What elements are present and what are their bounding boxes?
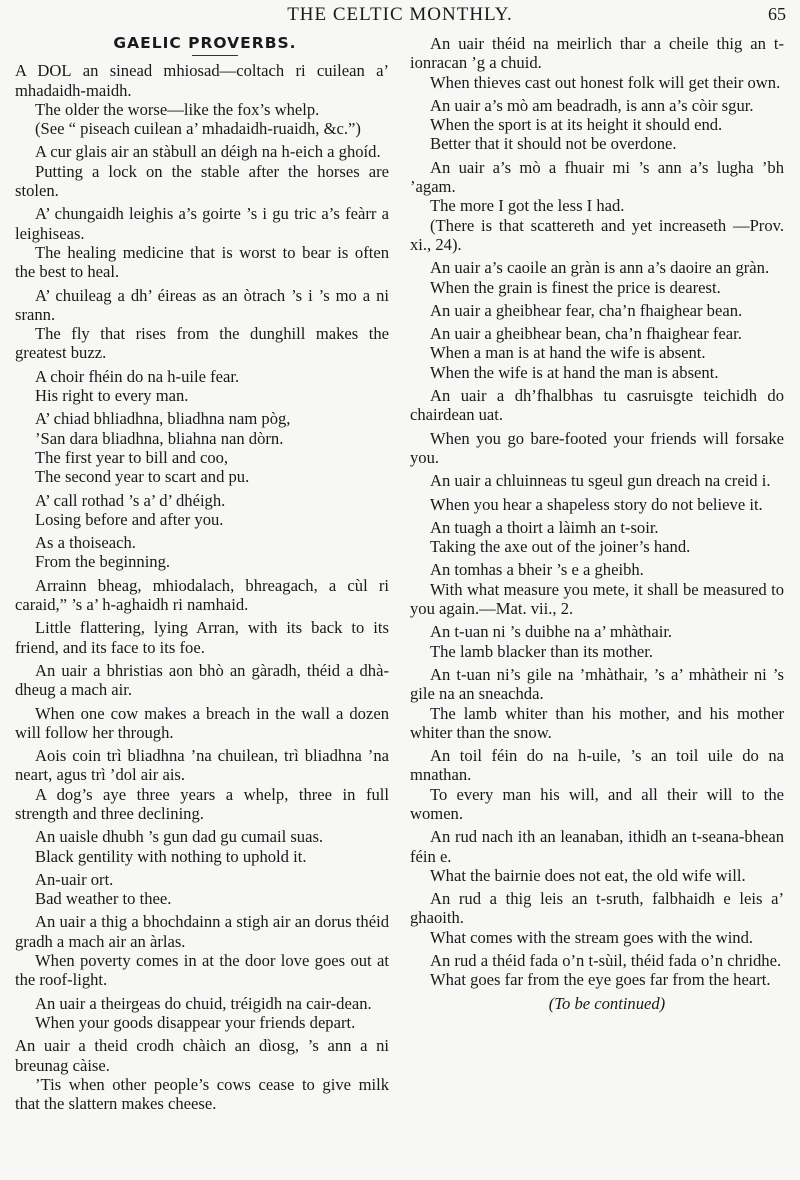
proverb-text: An uair a’s mò a fhuair mi ’s ann a’s lu… [410,158,784,197]
proverb-entry: A’ chungaidh leighis a’s goirte ’s i gu … [15,204,389,281]
line-text: An uair a theirgeas do chuid, tréigidh n… [35,994,372,1013]
proverb-text: An-uair ort. [15,870,389,889]
line-text: (There is that scattereth and yet increa… [410,216,784,254]
proverb-line: (There is that scattereth and yet increa… [410,216,784,255]
line-text: When a man is at hand the wife is absent… [430,343,706,362]
proverb-line: ’Tis when other people’s cows cease to g… [15,1075,389,1114]
proverb-text: A choir fhéin do na h-uile fear. [15,367,389,386]
line-text: When the wife is at hand the man is abse… [430,363,718,382]
line-text: What comes with the stream goes with the… [430,928,753,947]
proverb-entry: An uair a gheibhear bean, cha’n fhaighea… [410,324,784,382]
proverb-entry: A’ chuileag a dh’ éireas as an òtrach ’s… [15,286,389,363]
proverb-line: When the sport is at its height it shoul… [410,115,784,134]
line-text: The healing medicine that is worst to be… [15,243,389,281]
proverb-entry: An uair a theid crodh chàich an dìosg, ’… [15,1036,389,1113]
proverb-text: When you go bare-footed your friends wil… [410,429,784,468]
proverb-entry: An uair a chluinneas tu sgeul gun dreach… [410,471,784,490]
line-text: From the beginning. [35,552,170,571]
proverb-text: A’ chungaidh leighis a’s goirte ’s i gu … [15,204,389,243]
line-text: An toil féin do na h-uile, ’s an toil ui… [410,746,784,784]
proverb-text: An tomhas a bheir ’s e a gheibh. [410,560,784,579]
proverb-line: The older the worse—like the fox’s whelp… [15,100,389,119]
line-text: An rud a théid fada o’n t-sùil, théid fa… [430,951,781,970]
proverb-text: When you hear a shapeless story do not b… [410,495,784,514]
proverb-line: His right to every man. [15,386,389,405]
proverb-line: ’San dara bliadhna, bliahna nan dòrn. [15,429,389,448]
line-text: A’ chiad bhliadhna, bliadhna nam pòg, [35,409,290,428]
page-number: 65 [768,4,786,25]
line-text: The more I got the less I had. [430,196,624,215]
proverb-text: As a thoiseach. [15,533,389,552]
line-text: What the bairnie does not eat, the old w… [430,866,746,885]
to-be-continued-note: (To be continued) [410,994,784,1013]
line-text: ’San dara bliadhna, bliahna nan dòrn. [35,429,283,448]
proverb-entry: Aois coin trì bliadhna ’na chuilean, trì… [15,746,389,823]
proverb-text: An uair a thig a bhochdainn a stigh air … [15,912,389,951]
proverb-entry: Little flattering, lying Arran, with its… [15,618,389,657]
proverb-entry: An uair a dh’fhalbhas tu casruisgte teic… [410,386,784,425]
line-text: Bad weather to thee. [35,889,171,908]
line-text: A cur glais air an stàbull an déigh na h… [35,142,381,161]
proverb-line: When your goods disappear your friends d… [15,1013,389,1032]
proverb-line: Putting a lock on the stable after the h… [15,162,389,201]
proverb-entry: As a thoiseach.From the beginning. [15,533,389,572]
proverb-entry: When you go bare-footed your friends wil… [410,429,784,468]
proverb-text: Arrainn bheag, mhiodalach, bhreagach, a … [15,576,389,615]
line-text: An uair a dh’fhalbhas tu casruisgte teic… [410,386,784,424]
proverb-entry: A’ chiad bhliadhna, bliadhna nam pòg,’Sa… [15,409,389,486]
drop-lead: A DOL [15,61,71,80]
proverb-line: When poverty comes in at the door love g… [15,951,389,990]
line-text: Black gentility with nothing to uphold i… [35,847,306,866]
proverb-line: The lamb whiter than his mother, and his… [410,704,784,743]
line-text: Aois coin trì bliadhna ’na chuilean, trì… [15,746,389,784]
proverb-entry: An t-uan ni’s gile na ’mhàthair, ’s a’ m… [410,665,784,742]
proverb-entry: An rud nach ith an leanaban, ithidh an t… [410,827,784,885]
line-text: An uair a’s mò am beadradh, is ann a’s c… [430,96,754,115]
left-proverb-list: A DOL an sinead mhiosad—coltach ri cuile… [15,61,389,1113]
line-text: An rud a thig leis an t-sruth, falbhaidh… [410,889,784,927]
line-text: When you go bare-footed your friends wil… [410,429,784,467]
line-text: A choir fhéin do na h-uile fear. [35,367,239,386]
line-text: Arrainn bheag, mhiodalach, bhreagach, a … [15,576,389,614]
proverb-text: A cur glais air an stàbull an déigh na h… [15,142,389,161]
proverb-text: When one cow makes a breach in the wall … [15,704,389,743]
line-text: The first year to bill and coo, [35,448,228,467]
line-text: An rud nach ith an leanaban, ithidh an t… [410,827,784,865]
proverb-text: A’ chuileag a dh’ éireas as an òtrach ’s… [15,286,389,325]
right-column: An uair théid na meirlich thar a cheile … [410,34,784,1013]
line-text: An uaisle dhubh ’s gun dad gu cumail sua… [35,827,323,846]
line-text: Taking the axe out of the joiner’s hand. [430,537,690,556]
proverb-entry: An uair a’s caoile an gràn is ann a’s da… [410,258,784,297]
proverb-line: The healing medicine that is worst to be… [15,243,389,282]
proverb-entry: Arrainn bheag, mhiodalach, bhreagach, a … [15,576,389,615]
proverb-text: An uair a gheibhear fear, cha’n fhaighea… [410,301,784,320]
proverb-line: (See “ piseach cuilean a’ mhadaidh-ruaid… [15,119,389,138]
line-text: When poverty comes in at the door love g… [15,951,389,989]
line-text: An uair a theid crodh chàich an dìosg, ’… [15,1036,389,1074]
right-proverb-list: An uair théid na meirlich thar a cheile … [410,34,784,990]
line-text: An uair a’s mò a fhuair mi ’s ann a’s lu… [410,158,784,196]
proverb-entry: An uair a theirgeas do chuid, tréigidh n… [15,994,389,1033]
proverb-line: When thieves cast out honest folk will g… [410,73,784,92]
proverb-line: The second year to scart and pu. [15,467,389,486]
proverb-line: The more I got the less I had. [410,196,784,215]
line-text: Putting a lock on the stable after the h… [15,162,389,200]
proverb-text: An t-uan ni ’s duibhe na a’ mhàthair. [410,622,784,641]
line-text: An uair théid na meirlich thar a cheile … [410,34,784,72]
line-text: Little flattering, lying Arran, with its… [15,618,389,656]
proverb-text: An uair a’s mò am beadradh, is ann a’s c… [410,96,784,115]
line-text: An tuagh a thoirt a làimh an t-soir. [430,518,659,537]
line-text: A’ chungaidh leighis a’s goirte ’s i gu … [15,204,389,242]
proverb-text: An uair a chluinneas tu sgeul gun dreach… [410,471,784,490]
proverb-entry: An tomhas a bheir ’s e a gheibh.With wha… [410,560,784,618]
running-head: THE CELTIC MONTHLY. 65 [0,4,800,26]
line-text: When the sport is at its height it shoul… [430,115,722,134]
proverb-entry: An uair a thig a bhochdainn a stigh air … [15,912,389,989]
proverb-text: A’ call rothad ’s a’ d’ dhéigh. [15,491,389,510]
line-text: The lamb blacker than its mother. [430,642,653,661]
line-text: The second year to scart and pu. [35,467,249,486]
proverb-entry: A cur glais air an stàbull an déigh na h… [15,142,389,200]
proverb-text: Little flattering, lying Arran, with its… [15,618,389,657]
left-column: GAELIC PROVERBS. A DOL an sinead mhiosad… [15,34,389,1117]
proverb-text: An uair théid na meirlich thar a cheile … [410,34,784,73]
line-text: When the grain is finest the price is de… [430,278,721,297]
proverb-entry: An uair a’s mò a fhuair mi ’s ann a’s lu… [410,158,784,254]
proverb-text: Aois coin trì bliadhna ’na chuilean, trì… [15,746,389,785]
proverb-line: A dog’s aye three years a whelp, three i… [15,785,389,824]
line-text: With what measure you mete, it shall be … [410,580,784,618]
proverb-entry: When one cow makes a breach in the wall … [15,704,389,743]
proverb-text: An uair a dh’fhalbhas tu casruisgte teic… [410,386,784,425]
proverb-text: An rud a théid fada o’n t-sùil, théid fa… [410,951,784,970]
proverb-line: Losing before and after you. [15,510,389,529]
proverb-line: The lamb blacker than its mother. [410,642,784,661]
proverb-line: When the grain is finest the price is de… [410,278,784,297]
proverb-text: A DOL an sinead mhiosad—coltach ri cuile… [15,61,389,100]
proverb-entry: An tuagh a thoirt a làimh an t-soir.Taki… [410,518,784,557]
proverb-text: An t-uan ni’s gile na ’mhàthair, ’s a’ m… [410,665,784,704]
line-text: His right to every man. [35,386,188,405]
proverb-entry: An uaisle dhubh ’s gun dad gu cumail sua… [15,827,389,866]
proverb-text: An uair a theid crodh chàich an dìosg, ’… [15,1036,389,1075]
proverb-line: When a man is at hand the wife is absent… [410,343,784,362]
proverb-entry: An toil féin do na h-uile, ’s an toil ui… [410,746,784,823]
proverb-entry: An rud a thig leis an t-sruth, falbhaidh… [410,889,784,947]
proverb-line: What goes far from the eye goes far from… [410,970,784,989]
proverb-text: An uair a gheibhear bean, cha’n fhaighea… [410,324,784,343]
line-text: As a thoiseach. [35,533,136,552]
line-text: an sinead mhiosad—coltach ri cuilean a’ … [15,61,389,99]
proverb-text: An uair a’s caoile an gràn is ann a’s da… [410,258,784,277]
proverb-text: A’ chiad bhliadhna, bliadhna nam pòg, [15,409,389,428]
running-title: THE CELTIC MONTHLY. [0,4,800,26]
line-text: The lamb whiter than his mother, and his… [410,704,784,742]
line-text: An-uair ort. [35,870,113,889]
proverb-entry: An rud a théid fada o’n t-sùil, théid fa… [410,951,784,990]
line-text: When your goods disappear your friends d… [35,1013,355,1032]
line-text: Losing before and after you. [35,510,223,529]
proverb-text: An rud nach ith an leanaban, ithidh an t… [410,827,784,866]
proverb-line: To every man his will, and all their wil… [410,785,784,824]
proverb-text: An toil féin do na h-uile, ’s an toil ui… [410,746,784,785]
proverb-entry: An uair a gheibhear fear, cha’n fhaighea… [410,301,784,320]
proverb-line: Taking the axe out of the joiner’s hand. [410,537,784,556]
proverb-line: Bad weather to thee. [15,889,389,908]
title-rule [192,55,238,56]
line-text: When one cow makes a breach in the wall … [15,704,389,742]
proverb-line: Better that it should not be overdone. [410,134,784,153]
proverb-entry: When you hear a shapeless story do not b… [410,495,784,514]
proverb-entry: A choir fhéin do na h-uile fear.His righ… [15,367,389,406]
line-text: A’ chuileag a dh’ éireas as an òtrach ’s… [15,286,389,324]
proverb-line: What comes with the stream goes with the… [410,928,784,947]
proverb-line: From the beginning. [15,552,389,571]
line-text: An uair a gheibhear fear, cha’n fhaighea… [430,301,742,320]
proverb-entry: A’ call rothad ’s a’ d’ dhéigh.Losing be… [15,491,389,530]
article-title: GAELIC PROVERBS. [15,34,389,53]
line-text: An uair a bhristias aon bhò an gàradh, t… [15,661,389,699]
proverb-text: An uaisle dhubh ’s gun dad gu cumail sua… [15,827,389,846]
line-text: An uair a chluinneas tu sgeul gun dreach… [430,471,771,490]
line-text: An t-uan ni ’s duibhe na a’ mhàthair. [430,622,672,641]
proverb-line: With what measure you mete, it shall be … [410,580,784,619]
proverb-entry: A DOL an sinead mhiosad—coltach ri cuile… [15,61,389,138]
line-text: A’ call rothad ’s a’ d’ dhéigh. [35,491,225,510]
proverb-text: An uair a bhristias aon bhò an gàradh, t… [15,661,389,700]
line-text: Better that it should not be overdone. [430,134,677,153]
proverb-line: What the bairnie does not eat, the old w… [410,866,784,885]
line-text: (See “ piseach cuilean a’ mhadaidh-ruaid… [35,119,361,138]
line-text: The fly that rises from the dunghill mak… [15,324,389,362]
proverb-line: Black gentility with nothing to uphold i… [15,847,389,866]
proverb-line: The fly that rises from the dunghill mak… [15,324,389,363]
proverb-entry: An-uair ort.Bad weather to thee. [15,870,389,909]
line-text: What goes far from the eye goes far from… [430,970,770,989]
line-text: To every man his will, and all their wil… [410,785,784,823]
line-text: An tomhas a bheir ’s e a gheibh. [430,560,644,579]
proverb-text: An rud a thig leis an t-sruth, falbhaidh… [410,889,784,928]
proverb-entry: An t-uan ni ’s duibhe na a’ mhàthair.The… [410,622,784,661]
proverb-line: When the wife is at hand the man is abse… [410,363,784,382]
line-text: The older the worse—like the fox’s whelp… [35,100,319,119]
proverb-text: An uair a theirgeas do chuid, tréigidh n… [15,994,389,1013]
line-text: ’Tis when other people’s cows cease to g… [15,1075,389,1113]
line-text: An uair a thig a bhochdainn a stigh air … [15,912,389,950]
proverb-text: An tuagh a thoirt a làimh an t-soir. [410,518,784,537]
line-text: An uair a gheibhear bean, cha’n fhaighea… [430,324,742,343]
proverb-entry: An uair a’s mò am beadradh, is ann a’s c… [410,96,784,154]
line-text: When you hear a shapeless story do not b… [430,495,763,514]
line-text: An t-uan ni’s gile na ’mhàthair, ’s a’ m… [410,665,784,703]
line-text: A dog’s aye three years a whelp, three i… [15,785,389,823]
line-text: When thieves cast out honest folk will g… [430,73,780,92]
proverb-line: The first year to bill and coo, [15,448,389,467]
proverb-entry: An uair a bhristias aon bhò an gàradh, t… [15,661,389,700]
line-text: An uair a’s caoile an gràn is ann a’s da… [430,258,769,277]
proverb-entry: An uair théid na meirlich thar a cheile … [410,34,784,92]
